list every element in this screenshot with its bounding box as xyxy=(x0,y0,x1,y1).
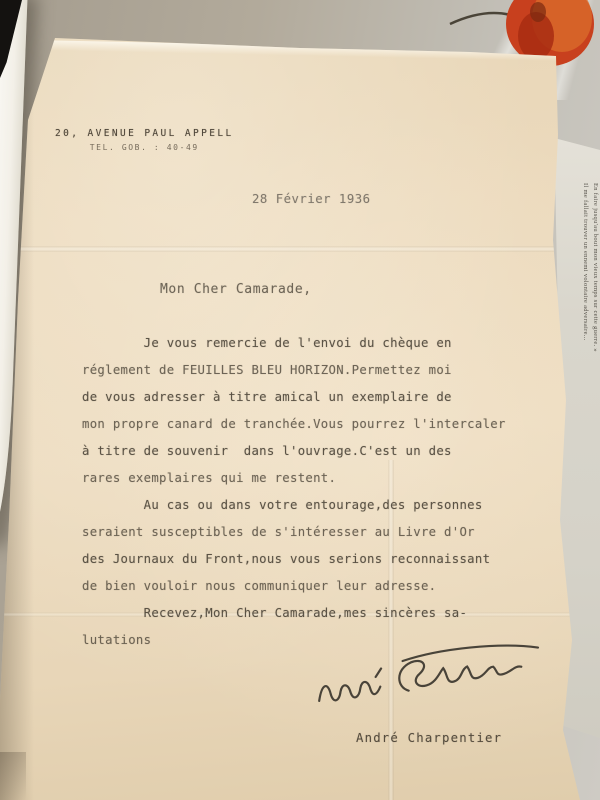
body-line: des Journaux du Front,nous vous serions … xyxy=(82,546,562,573)
body-line: Recevez,Mon Cher Camarade,mes sincères s… xyxy=(82,600,562,627)
body-line: réglement de FEUILLES BLEU HORIZON.Perme… xyxy=(82,357,562,384)
newspaper-line: Il me fallait trouver un ennemi volontai… xyxy=(581,183,591,418)
body-line: à titre de souvenir dans l'ouvrage.C'est… xyxy=(82,438,562,465)
corner-shadow xyxy=(0,752,26,800)
body-line: de vous adresser à titre amical un exemp… xyxy=(82,384,562,411)
body-line: mon propre canard de tranchée.Vous pourr… xyxy=(82,411,562,438)
letterhead: 20, AVENUE PAUL APPELL TEL. GOB. : 40-49 xyxy=(55,128,234,152)
letterhead-phone: TEL. GOB. : 40-49 xyxy=(55,143,234,152)
body-line: rares exemplaires qui me restent. xyxy=(82,465,562,492)
body-line: seraient susceptibles de s'intéresser au… xyxy=(82,519,562,546)
letter-date: 28 Février 1936 xyxy=(252,192,371,206)
newspaper-text: En faire jusqu'au bout mon vieux temps s… xyxy=(581,183,600,418)
typed-signature: André Charpentier xyxy=(356,731,502,745)
body-line: Au cas ou dans votre entourage,des perso… xyxy=(82,492,562,519)
letter-body: Je vous remercie de l'envoi du chèque en… xyxy=(82,330,562,654)
letterhead-address: 20, AVENUE PAUL APPELL xyxy=(55,128,234,139)
body-line: de bien vouloir nous communiquer leur ad… xyxy=(82,573,562,600)
body-line: Je vous remercie de l'envoi du chèque en xyxy=(82,330,562,357)
photo-of-letter: En faire jusqu'au bout mon vieux temps s… xyxy=(0,0,600,800)
letter-page: 20, AVENUE PAUL APPELL TEL. GOB. : 40-49… xyxy=(0,0,600,800)
salutation: Mon Cher Camarade, xyxy=(160,282,312,297)
newspaper-line: En faire jusqu'au bout mon vieux temps s… xyxy=(591,183,600,418)
poppy-center xyxy=(530,2,546,22)
paper-crease xyxy=(0,246,600,252)
